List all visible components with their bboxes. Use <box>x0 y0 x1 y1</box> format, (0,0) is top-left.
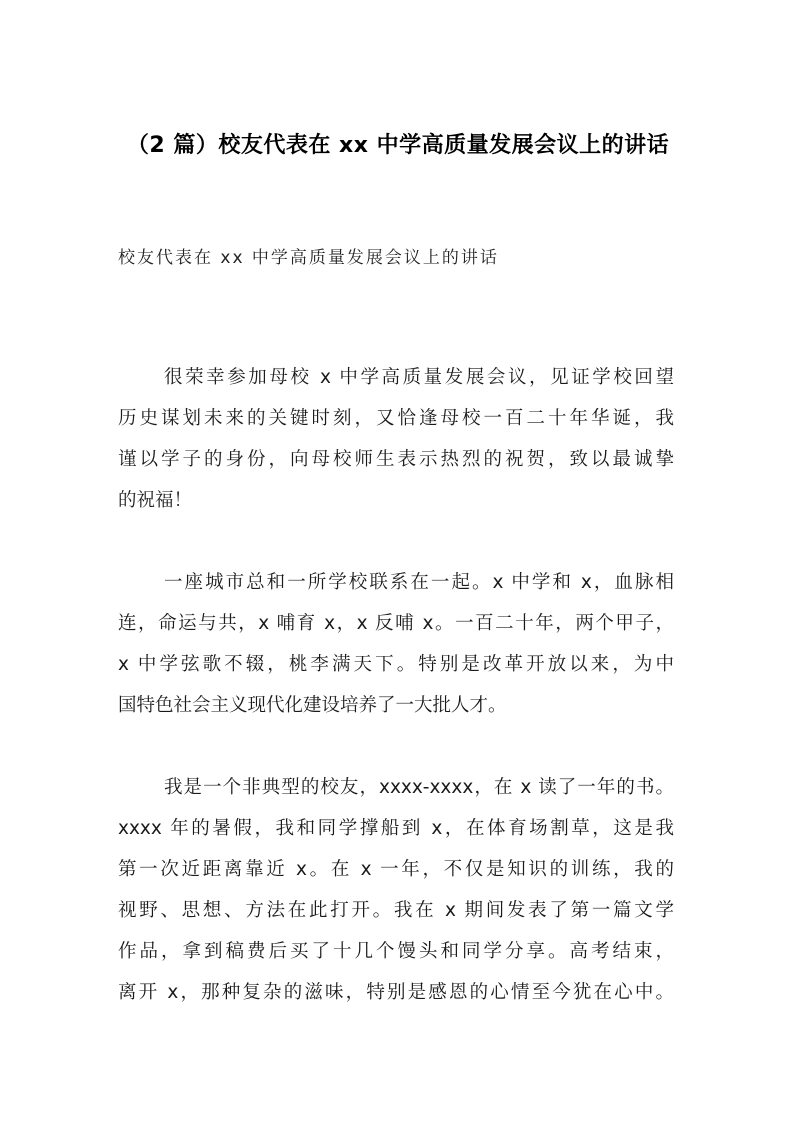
paragraph-line: 离开 x，那种复杂的滋味，特别是感恩的心情至今犹在心中。 <box>118 983 674 1003</box>
paragraph-line: 连，命运与共，x 哺育 x，x 反哺 x。一百二十年，两个甲子， <box>118 614 674 634</box>
paragraph-line: xxxx 年的暑假，我和同学撑船到 x，在体育场割草，这是我 <box>118 819 674 839</box>
paragraph-line: 视野、思想、方法在此打开。我在 x 期间发表了第一篇文学 <box>118 901 674 921</box>
paragraph-line: 一座城市总和一所学校联系在一起。x 中学和 x，血脉相 <box>118 573 674 593</box>
paragraph-line: x 中学弦歌不辍，桃李满天下。特别是改革开放以来，为中 <box>118 655 674 675</box>
paragraph-line: 的祝福！ <box>118 491 674 511</box>
paragraph-line: 国特色社会主义现代化建设培养了一大批人才。 <box>118 696 674 716</box>
paragraph-1: 很荣幸参加母校 x 中学高质量发展会议，见证学校回望 历史谋划未来的关键时刻，又… <box>118 368 674 532</box>
speech-subtitle: 校友代表在 xx 中学高质量发展会议上的讲话 <box>118 243 499 268</box>
paragraph-3: 我是一个非典型的校友，xxxx-xxxx，在 x 读了一年的书。 xxxx 年的… <box>118 778 674 1024</box>
paragraph-line: 很荣幸参加母校 x 中学高质量发展会议，见证学校回望 <box>118 368 674 388</box>
paragraph-line: 谨以学子的身份，向母校师生表示热烈的祝贺，致以最诚挚 <box>118 450 674 470</box>
paragraph-line: 第一次近距离靠近 x。在 x 一年，不仅是知识的训练，我的 <box>118 860 674 880</box>
paragraph-2: 一座城市总和一所学校联系在一起。x 中学和 x，血脉相 连，命运与共，x 哺育 … <box>118 573 674 737</box>
paragraph-line: 历史谋划未来的关键时刻，又恰逢母校一百二十年华诞，我 <box>118 409 674 429</box>
document-title: （2 篇）校友代表在 xx 中学高质量发展会议上的讲话 <box>113 128 683 159</box>
paragraph-line: 我是一个非典型的校友，xxxx-xxxx，在 x 读了一年的书。 <box>118 778 674 798</box>
document-page: （2 篇）校友代表在 xx 中学高质量发展会议上的讲话 校友代表在 xx 中学高… <box>0 0 793 1122</box>
paragraph-line: 作品，拿到稿费后买了十几个馒头和同学分享。高考结束， <box>118 942 674 962</box>
